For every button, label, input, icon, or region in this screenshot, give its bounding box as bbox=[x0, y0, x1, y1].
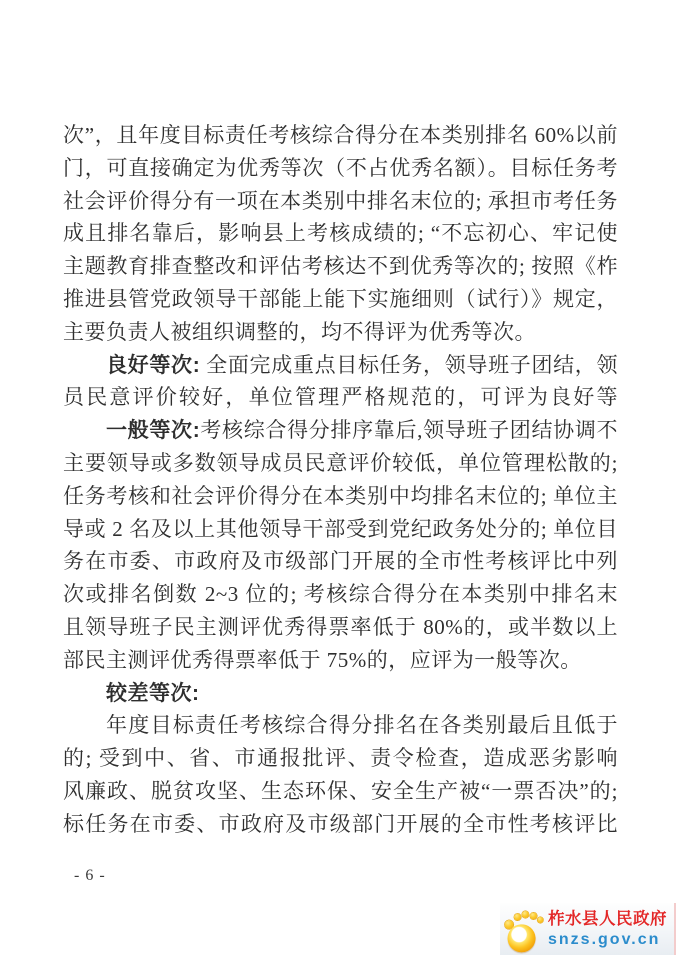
text-line: 主题教育排查整改和评估考核达不到优秀等次的; 按照《柞水县 bbox=[63, 250, 618, 283]
footprint-icon bbox=[503, 907, 550, 954]
scanned-document-page: 次”，且年度目标责任考核综合得分在本类别排名 60%以前的部 门，可直接确定为优… bbox=[0, 0, 680, 961]
page-number: - 6 - bbox=[74, 867, 106, 885]
text-line: 主要领导或多数领导成员民意评价较低，单位管理松散的; 目标 bbox=[63, 447, 618, 480]
text-line: 年度目标责任考核综合得分排名在各类别最后且低于 80 分 bbox=[63, 709, 618, 742]
text-line: 成且排名靠后，影响县上考核成绩的; “不忘初心、牢记使命” bbox=[63, 217, 618, 250]
text-line: 标任务在市委、市政府及市级部门开展的全市性考核评比中列最 bbox=[63, 808, 618, 841]
text-line: 务在市委、市政府及市级部门开展的全市性考核评比中列一般档 bbox=[63, 545, 618, 578]
text-line: 员民意评价较好，单位管理严格规范的，可评为良好等次。 bbox=[63, 381, 618, 414]
text-line: 风廉政、脱贫攻坚、生态环保、安全生产被“一票否决”的; 目 bbox=[63, 775, 618, 808]
text-line-rank-poor: 较差等次: bbox=[63, 677, 618, 710]
text-line: 的; 受到中、省、市通报批评、责令检查，造成恶劣影响的; 党 bbox=[63, 742, 618, 775]
site-domain: snzs.gov.cn bbox=[548, 930, 674, 950]
text-line: 次”，且年度目标责任考核综合得分在本类别排名 60%以前的部 bbox=[63, 119, 618, 152]
site-name: 柞水县人民政府 bbox=[548, 909, 674, 930]
site-logo-badge[interactable]: 柞水县人民政府 snzs.gov.cn bbox=[500, 903, 676, 955]
text-line-rank-average: 一般等次:考核综合得分排序靠后,领导班子团结协调不够， bbox=[63, 414, 618, 447]
document-body: 次”，且年度目标责任考核综合得分在本类别排名 60%以前的部 门，可直接确定为优… bbox=[63, 119, 618, 841]
text-line: 且领导班子民主测评优秀得票率低于 80%的，或半数以上领导干 bbox=[63, 611, 618, 644]
text-line: 门，可直接确定为优秀等次（不占优秀名额）。目标任务考核和 bbox=[63, 152, 618, 185]
text-line: 导或 2 名及以上其他领导干部受到党纪政务处分的; 单位目标任 bbox=[63, 513, 618, 546]
text-line: 次或排名倒数 2~3 位的; 考核综合得分在本类别中排名末位， bbox=[63, 578, 618, 611]
site-badge-text: 柞水县人民政府 snzs.gov.cn bbox=[548, 909, 674, 950]
text-line-rank-good: 良好等次: 全面完成重点目标任务，领导班子团结，领导成 bbox=[63, 349, 618, 382]
text-line: 任务考核和社会评价得分在本类别中均排名末位的; 单位主要领 bbox=[63, 480, 618, 513]
text-line: 推进县管党政领导干部能上能下实施细则（试行）》规定，单位 bbox=[63, 283, 618, 316]
text-line: 主要负责人被组织调整的，均不得评为优秀等次。 bbox=[63, 316, 618, 349]
text-line: 部民主测评优秀得票率低于 75%的，应评为一般等次。 bbox=[63, 644, 618, 677]
text-line: 社会评价得分有一项在本类别中排名末位的; 承担市考任务未完 bbox=[63, 185, 618, 218]
